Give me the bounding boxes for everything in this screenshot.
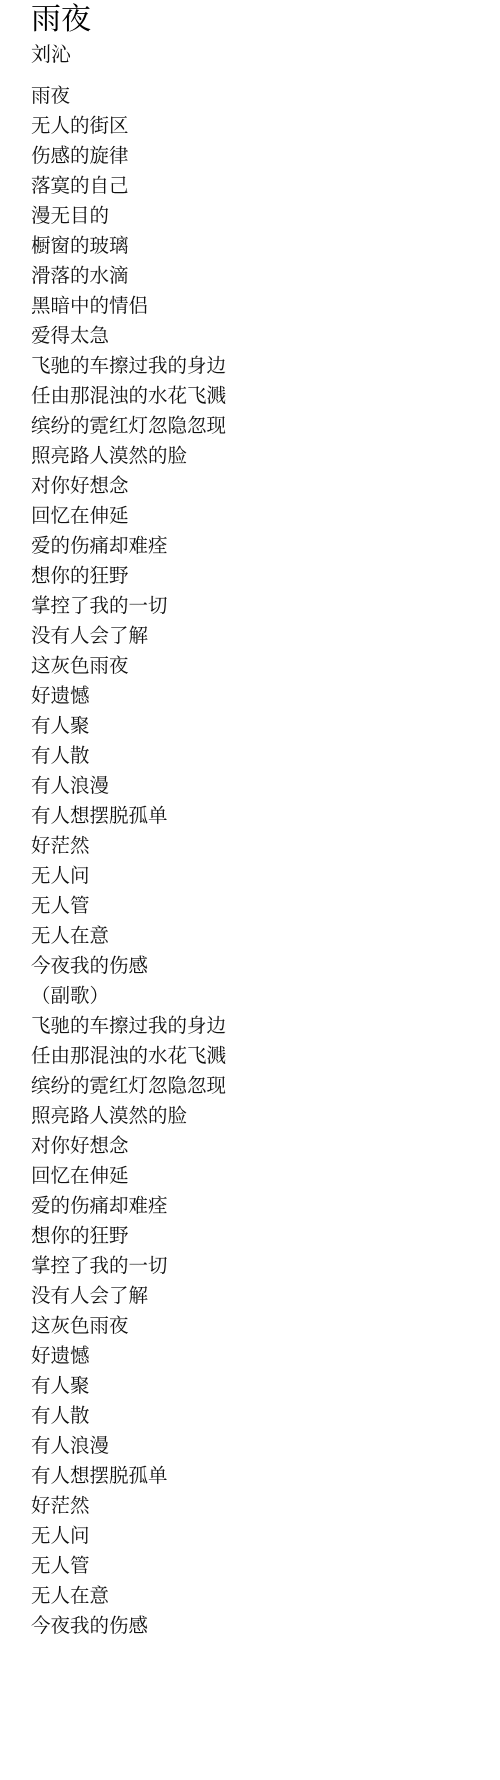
lyric-line: 无人的街区 [31, 111, 226, 141]
lyric-line: 爱得太急 [31, 321, 226, 351]
lyric-line: 没有人会了解 [31, 621, 226, 651]
lyric-line: （副歌） [31, 981, 226, 1011]
lyric-line: 伤感的旋律 [31, 141, 226, 171]
lyric-line: 好茫然 [31, 831, 226, 861]
lyric-line: 有人聚 [31, 711, 226, 741]
lyric-line: 掌控了我的一切 [31, 1251, 226, 1281]
lyric-line: 对你好想念 [31, 471, 226, 501]
lyric-line: 缤纷的霓红灯忽隐忽现 [31, 1071, 226, 1101]
lyric-line: 爱的伤痛却难痊 [31, 1191, 226, 1221]
lyric-line: 这灰色雨夜 [31, 1311, 226, 1341]
lyric-line: 任由那混浊的水花飞溅 [31, 1041, 226, 1071]
lyric-line: 对你好想念 [31, 1131, 226, 1161]
lyric-line: 好茫然 [31, 1491, 226, 1521]
lyric-line: 落寞的自己 [31, 171, 226, 201]
lyric-line: 好遗憾 [31, 681, 226, 711]
lyric-line: 雨夜 [31, 81, 226, 111]
lyric-line: 照亮路人漠然的脸 [31, 441, 226, 471]
lyric-line: 好遗憾 [31, 1341, 226, 1371]
lyric-line: 飞驰的车擦过我的身边 [31, 351, 226, 381]
lyric-line: 有人浪漫 [31, 1431, 226, 1461]
lyric-line: 想你的狂野 [31, 561, 226, 591]
song-title: 雨夜 [31, 0, 500, 40]
lyric-line: 想你的狂野 [31, 1221, 226, 1251]
lyric-line: 回忆在伸延 [31, 1161, 226, 1191]
lyric-line: 黑暗中的情侣 [31, 291, 226, 321]
lyric-line: 飞驰的车擦过我的身边 [31, 1011, 226, 1041]
lyric-line: 今夜我的伤感 [31, 951, 226, 981]
lyric-line: 掌控了我的一切 [31, 591, 226, 621]
lyric-line: 有人想摆脱孤单 [31, 801, 226, 831]
lyric-line: 回忆在伸延 [31, 501, 226, 531]
artist-name: 刘沁 [31, 40, 500, 68]
lyric-line: 滑落的水滴 [31, 261, 226, 291]
lyrics-list: 雨夜无人的街区伤感的旋律落寞的自己漫无目的橱窗的玻璃滑落的水滴黑暗中的情侣爱得太… [31, 81, 226, 1641]
lyric-line: 有人想摆脱孤单 [31, 1461, 226, 1491]
lyric-line: 这灰色雨夜 [31, 651, 226, 681]
lyric-line: 任由那混浊的水花飞溅 [31, 381, 226, 411]
lyric-line: 橱窗的玻璃 [31, 231, 226, 261]
lyric-line: 无人管 [31, 1551, 226, 1581]
lyric-line: 有人浪漫 [31, 771, 226, 801]
lyrics-page: 雨夜 刘沁 雨夜无人的街区伤感的旋律落寞的自己漫无目的橱窗的玻璃滑落的水滴黑暗中… [31, 0, 500, 68]
lyric-line: 无人问 [31, 861, 226, 891]
lyric-line: 无人管 [31, 891, 226, 921]
lyric-line: 没有人会了解 [31, 1281, 226, 1311]
lyric-line: 无人在意 [31, 1581, 226, 1611]
lyric-line: 今夜我的伤感 [31, 1611, 226, 1641]
lyric-line: 无人在意 [31, 921, 226, 951]
lyric-line: 有人聚 [31, 1371, 226, 1401]
lyric-line: 照亮路人漠然的脸 [31, 1101, 226, 1131]
lyric-line: 漫无目的 [31, 201, 226, 231]
lyric-line: 有人散 [31, 741, 226, 771]
lyric-line: 有人散 [31, 1401, 226, 1431]
lyric-line: 爱的伤痛却难痊 [31, 531, 226, 561]
lyric-line: 无人问 [31, 1521, 226, 1551]
lyric-line: 缤纷的霓红灯忽隐忽现 [31, 411, 226, 441]
